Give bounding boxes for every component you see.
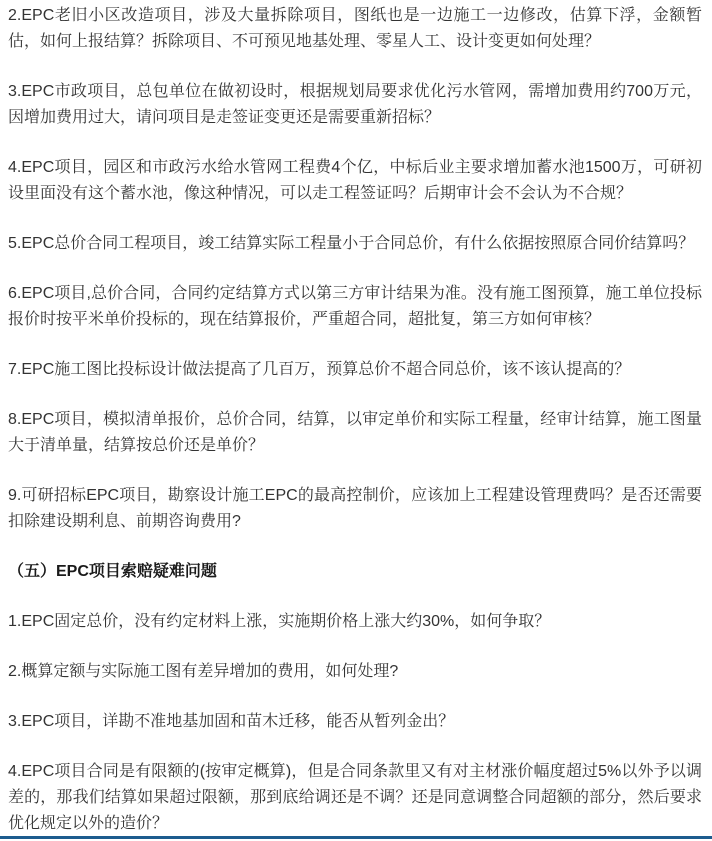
paragraph: 6.EPC项目,总价合同，合同约定结算方式以第三方审计结果为准。没有施工图预算，…	[8, 281, 702, 333]
paragraph: 3.EPC项目，详勘不准地基加固和苗木迁移，能否从暂列金出？	[8, 709, 702, 735]
paragraph: 4.EPC项目合同是有限额的(按审定概算)，但是合同条款里又有对主材涨价幅度超过…	[8, 759, 702, 837]
paragraph: 4.EPC项目，园区和市政污水给水管网工程费4个亿，中标后业主要求增加蓄水池15…	[8, 155, 702, 207]
section-heading: （五）EPC项目索赔疑难问题	[8, 559, 702, 585]
bottom-divider	[0, 836, 712, 839]
paragraph: 8.EPC项目，模拟清单报价，总价合同，结算，以审定单价和实际工程量，经审计结算…	[8, 407, 702, 459]
paragraph: 7.EPC施工图比投标设计做法提高了几百万，预算总价不超合同总价，该不该认提高的…	[8, 357, 702, 383]
paragraph: 2.EPC老旧小区改造项目，涉及大量拆除项目，图纸也是一边施工一边修改，估算下浮…	[8, 3, 702, 55]
paragraph: 1.EPC固定总价，没有约定材料上涨，实施期价格上涨大约30%，如何争取？	[8, 609, 702, 635]
paragraph: 5.EPC总价合同工程项目，竣工结算实际工程量小于合同总价，有什么依据按照原合同…	[8, 231, 702, 257]
document-page: 2.EPC老旧小区改造项目，涉及大量拆除项目，图纸也是一边施工一边修改，估算下浮…	[0, 0, 712, 841]
paragraph: 9.可研招标EPC项目，勘察设计施工EPC的最高控制价，应该加上工程建设管理费吗…	[8, 483, 702, 535]
paragraph: 3.EPC市政项目，总包单位在做初设时，根据规划局要求优化污水管网，需增加费用约…	[8, 79, 702, 131]
paragraph: 2.概算定额与实际施工图有差异增加的费用，如何处理?	[8, 659, 702, 685]
